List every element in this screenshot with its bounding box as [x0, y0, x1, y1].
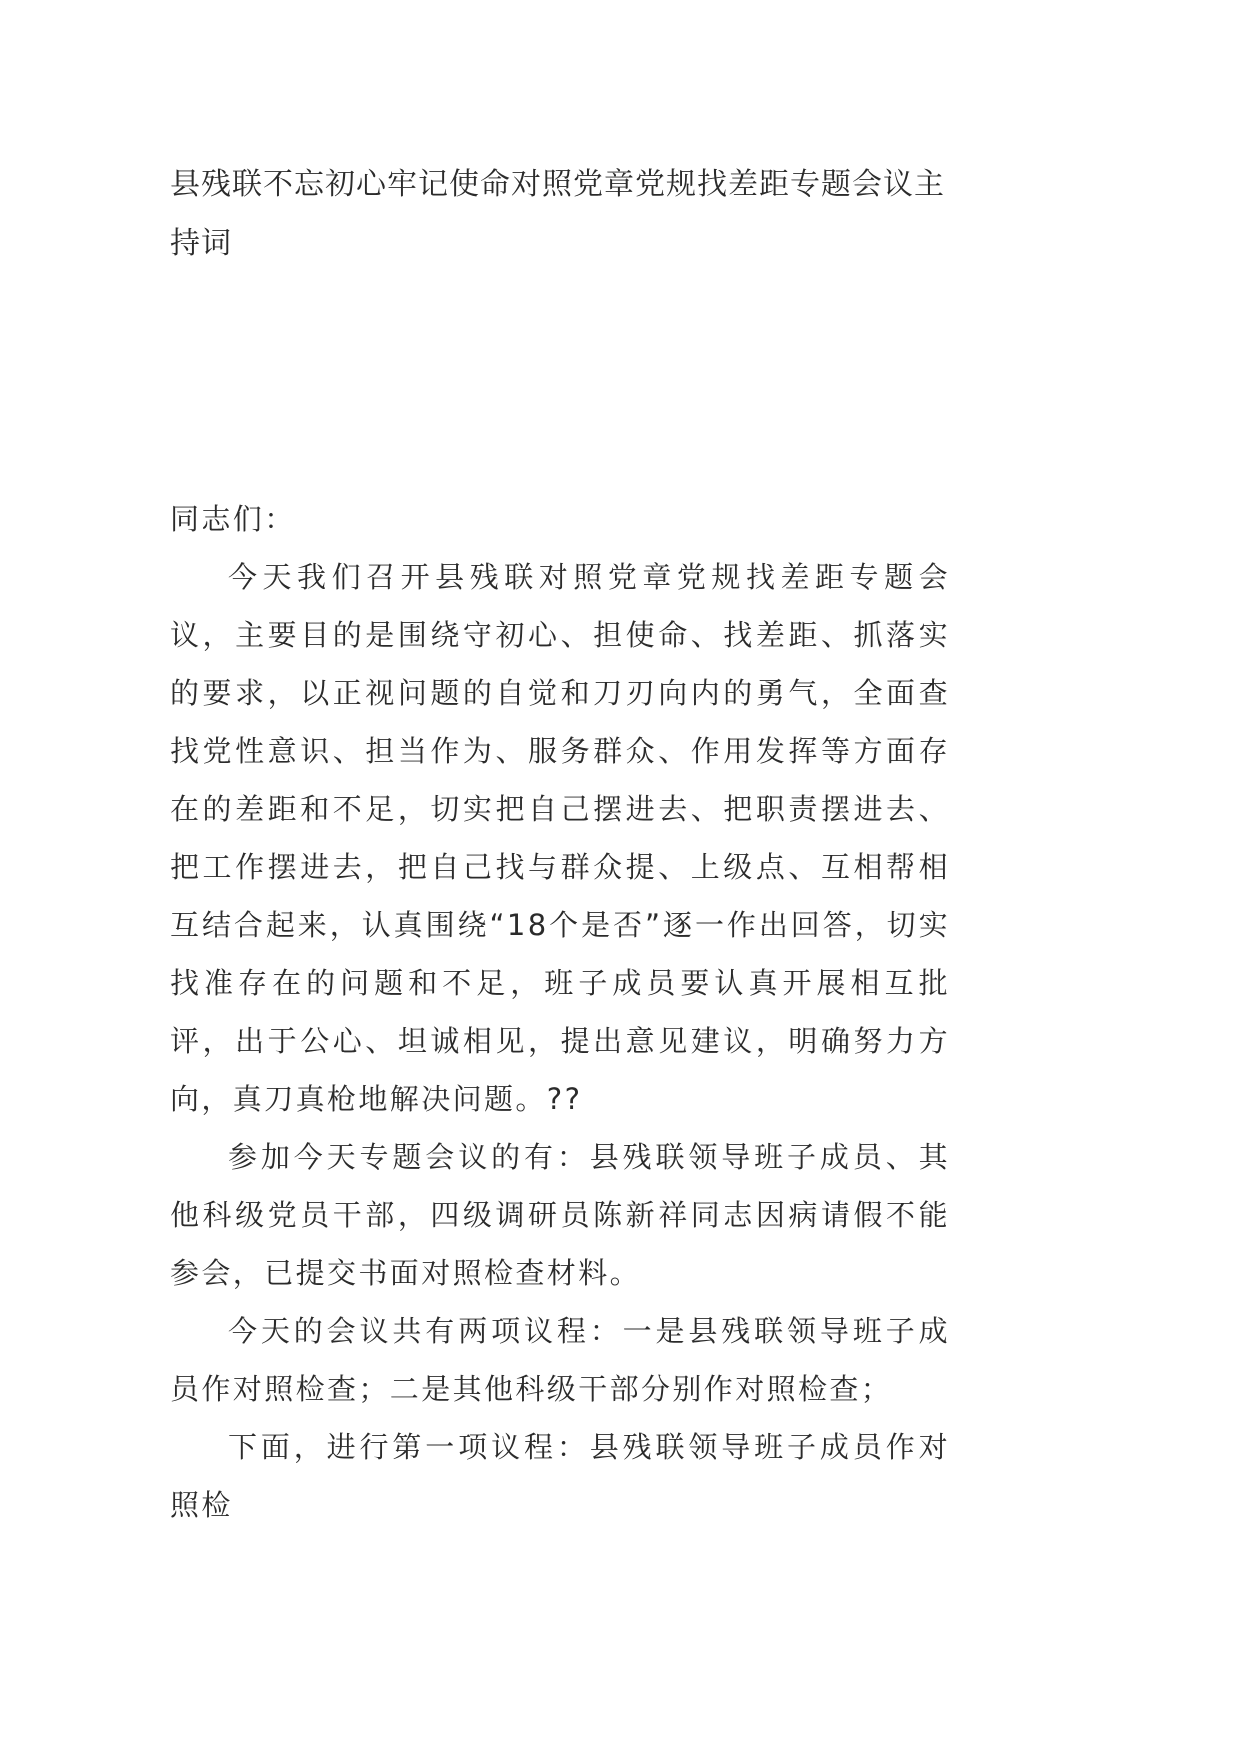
salutation: 同志们：	[170, 490, 950, 548]
paragraph-attendees: 参加今天专题会议的有：县残联领导班子成员、其他科级党员干部，四级调研员陈新祥同志…	[170, 1128, 950, 1302]
paragraph-agenda: 今天的会议共有两项议程：一是县残联领导班子成员作对照检查；二是其他科级干部分别作…	[170, 1302, 950, 1418]
document-title: 县残联不忘初心牢记使命对照党章党规找差距专题会议主持词	[170, 155, 950, 273]
document-body: 同志们： 今天我们召开县残联对照党章党规找差距专题会议，主要目的是围绕守初心、担…	[170, 490, 950, 1534]
paragraph-first-item: 下面，进行第一项议程：县残联领导班子成员作对照检	[170, 1418, 950, 1534]
paragraph-opening: 今天我们召开县残联对照党章党规找差距专题会议，主要目的是围绕守初心、担使命、找差…	[170, 548, 950, 1128]
